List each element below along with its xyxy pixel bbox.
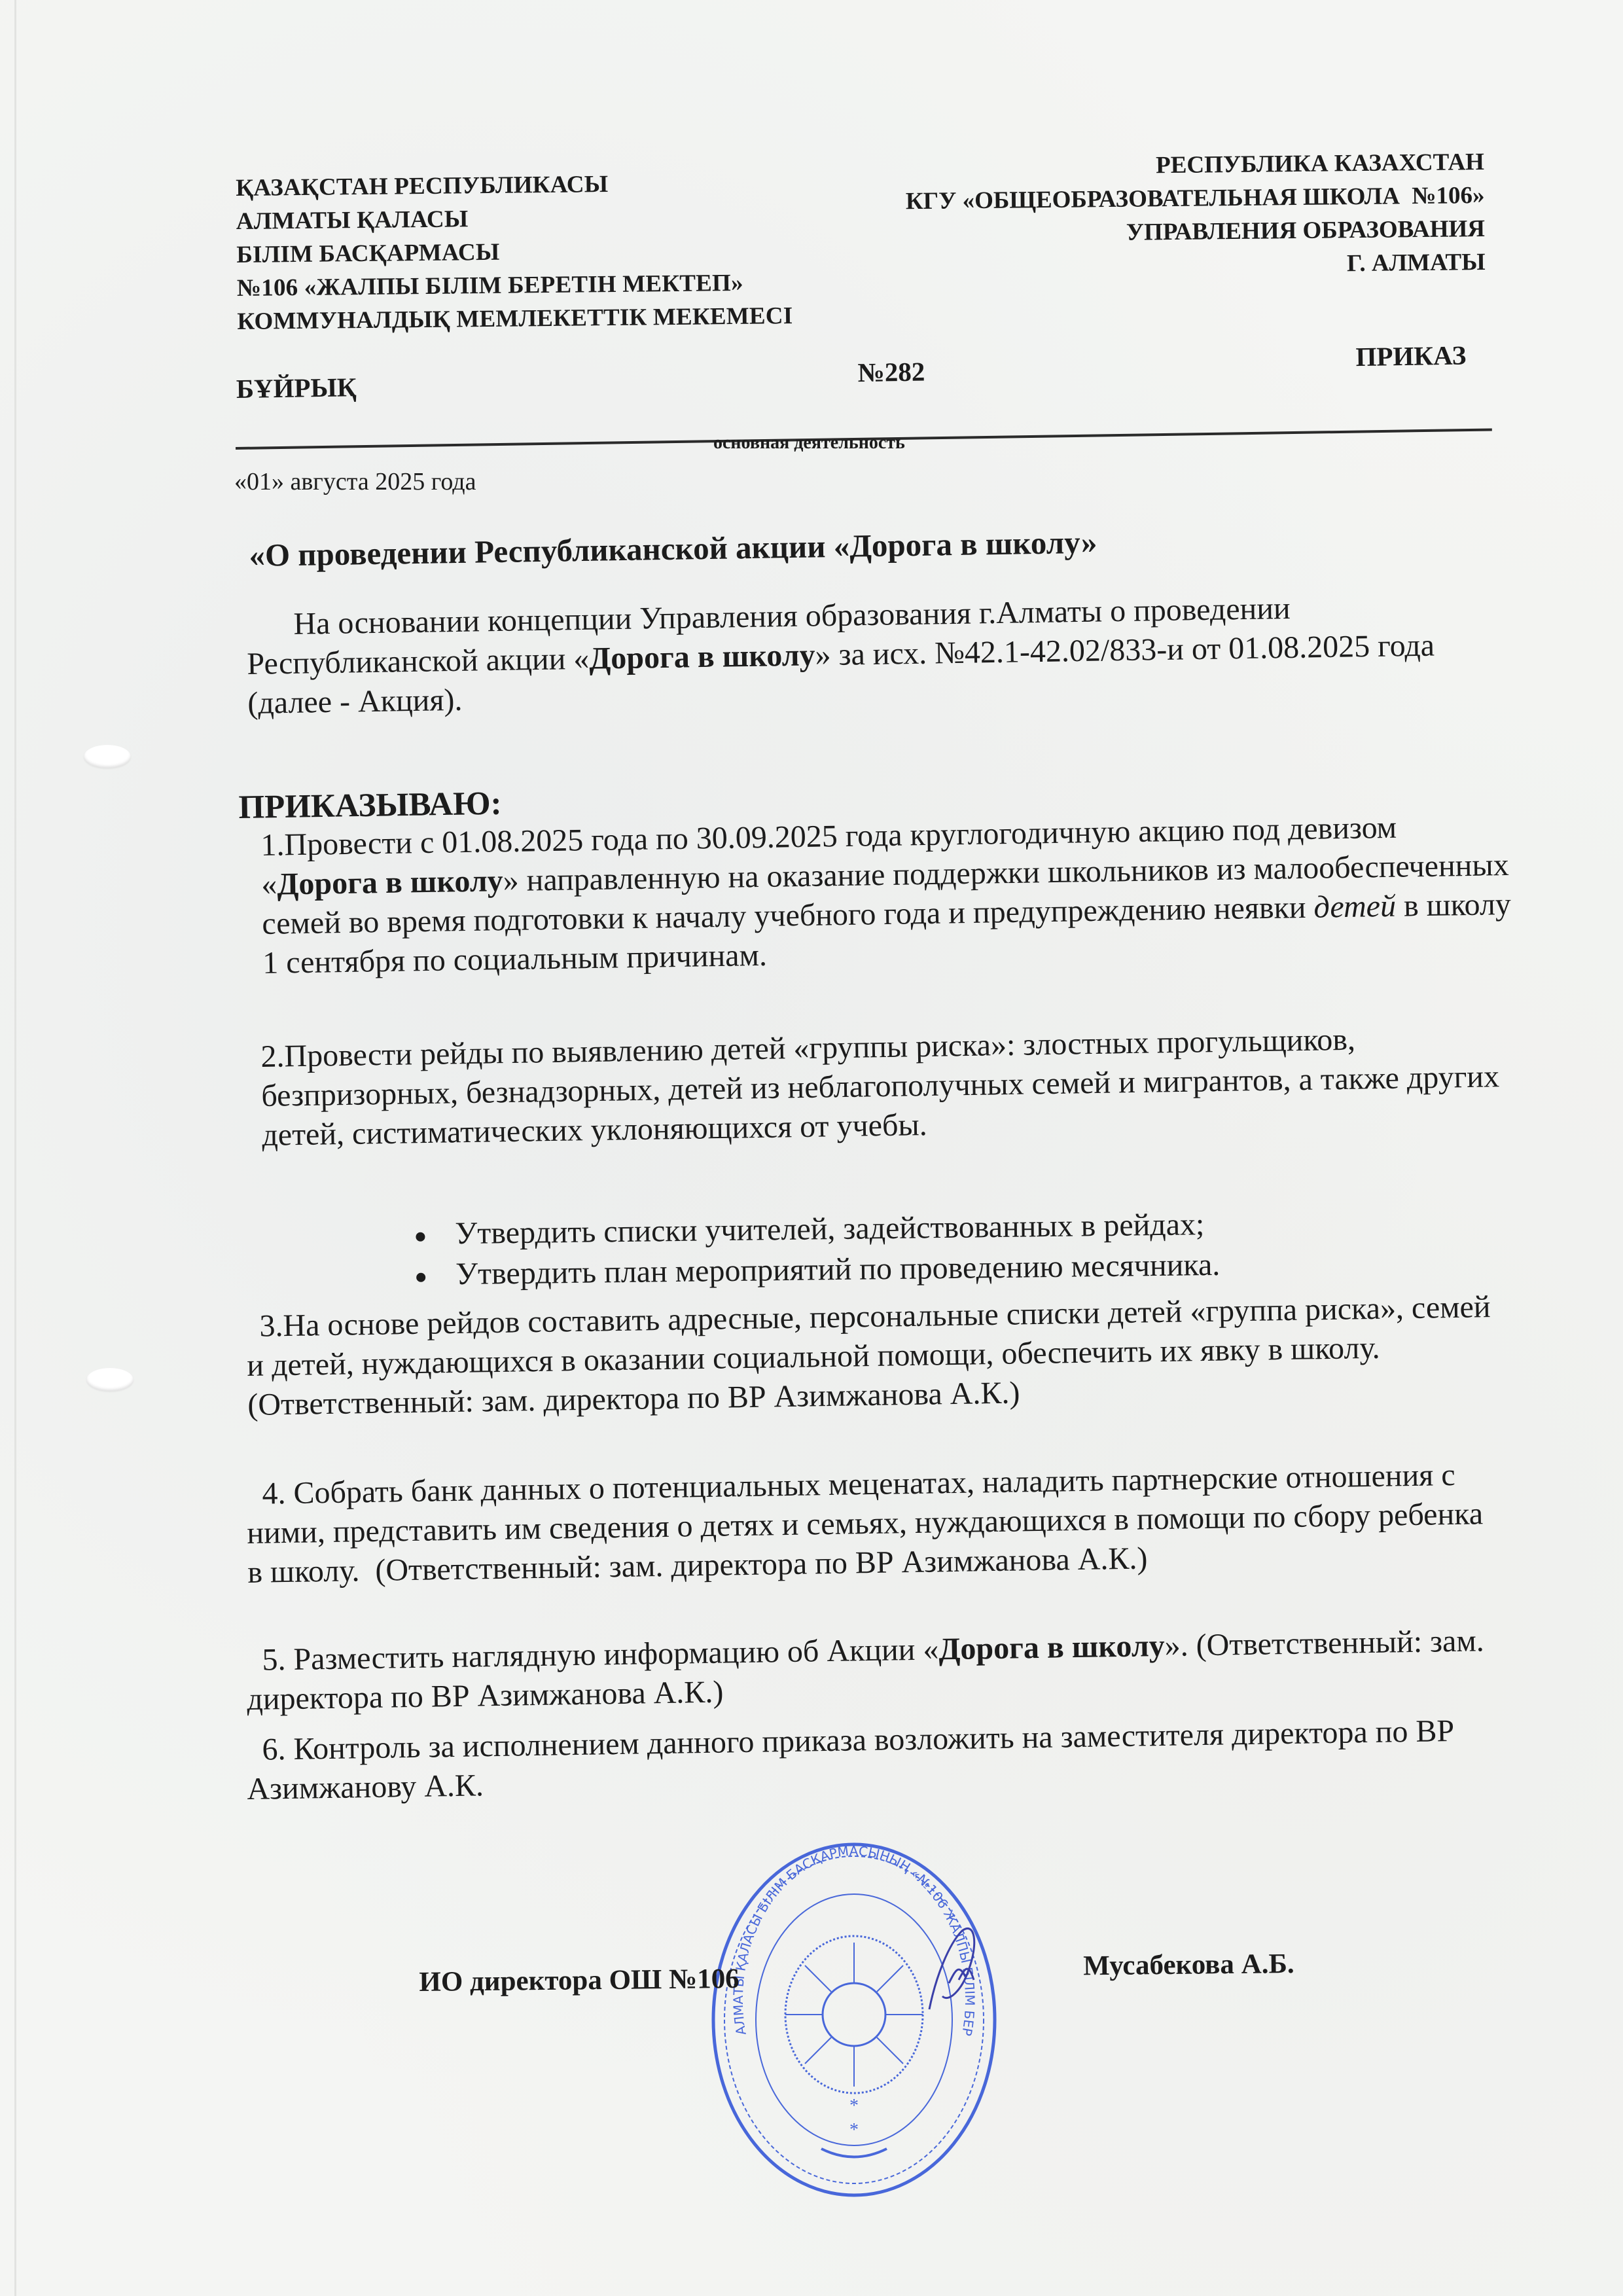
order-label-kz: БҰЙРЫҚ: [236, 371, 356, 404]
header-ru-line: РЕСПУБЛИКА КАЗАХСТАН: [905, 145, 1484, 185]
punch-hole: [84, 745, 131, 768]
signature-block: ИО директора ОШ №106 Мусабекова А.Б.: [419, 1946, 1401, 2009]
header-kz-line: №106 «ЖАЛПЫ БІЛІМ БЕРЕТІН МЕКТЕП»: [237, 266, 793, 305]
official-stamp-icon: * * АЛМАТЫ ҚАЛАСЫ БІЛІМ БАСҚАРМАСЫНЫҢ «№…: [707, 1838, 1001, 2201]
campaign-name: Дорога в школу: [938, 1628, 1165, 1666]
campaign-name: Дорога в школу: [589, 637, 815, 675]
order-item-6: 6. Контроль за исполнением данного прика…: [246, 1711, 1504, 1809]
punch-hole: [86, 1368, 134, 1391]
order-item-2: 2.Провести рейды по выявлению детей «гру…: [260, 1018, 1519, 1155]
header-kz-line: КОММУНАЛДЫҚ МЕМЛЕКЕТТІК МЕКЕМЕСІ: [237, 299, 793, 338]
header-ru-line: УПРАВЛЕНИЯ ОБРАЗОВАНИЯ: [906, 212, 1485, 251]
document-page: ҚАЗАҚСТАН РЕСПУБЛИКАСЫ АЛМАТЫ ҚАЛАСЫ БІЛ…: [0, 0, 1623, 2296]
header-kz-line: БІЛІМ БАСҚАРМАСЫ: [236, 232, 792, 272]
page-edge: [14, 0, 16, 2296]
item-text: 5. Разместить наглядную информацию об Ак…: [246, 1632, 939, 1677]
order-heading-row: БҰЙРЫҚ №282 ПРИКАЗ: [236, 334, 1493, 406]
header-russian: РЕСПУБЛИКА КАЗАХСТАН КГУ «ОБЩЕОБРАЗОВАТЕ…: [905, 145, 1486, 285]
order-number: №282: [857, 355, 925, 388]
order-item-3: 3.На основе рейдов составить адресные, п…: [246, 1287, 1505, 1425]
campaign-name: Дорога в школу: [277, 863, 503, 901]
activity-type: основная деятельность: [713, 433, 905, 454]
order-item-4: 4. Собрать банк данных о потенциальных м…: [246, 1455, 1505, 1592]
header-ru-line: КГУ «ОБЩЕОБРАЗОВАТЕЛЬНАЯ ШКОЛА №106»: [906, 179, 1485, 218]
header-kazakh: ҚАЗАҚСТАН РЕСПУБЛИКАСЫ АЛМАТЫ ҚАЛАСЫ БІЛ…: [236, 166, 793, 338]
order-label-ru: ПРИКАЗ: [1355, 339, 1467, 372]
signatory-name: Мусабекова А.Б.: [1083, 1948, 1294, 1982]
header-kz-line: АЛМАТЫ ҚАЛАСЫ: [236, 199, 792, 238]
signatory-title: ИО директора ОШ №106: [419, 1963, 740, 1998]
order-item-5: 5. Разместить наглядную информацию об Ак…: [246, 1621, 1504, 1719]
svg-text:*: *: [849, 2120, 859, 2140]
intro-paragraph: На основании концепции Управления образо…: [246, 586, 1505, 723]
document-title: «О проведении Республиканской акции «Дор…: [249, 524, 1097, 574]
order-item-1: 1.Провести с 01.08.2025 года по 30.09.20…: [260, 806, 1520, 983]
header-ru-line: Г. АЛМАТЫ: [906, 245, 1486, 285]
header-kz-line: ҚАЗАҚСТАН РЕСПУБЛИКАСЫ: [236, 166, 791, 205]
decree-label: ПРИКАЗЫВАЮ:: [238, 785, 502, 827]
svg-text:*: *: [849, 2096, 859, 2116]
order-date: «01» августа 2025 года: [234, 467, 476, 496]
item-text-italic: детей: [1313, 889, 1396, 925]
bullet-list: Утвердить списки учителей, задействованн…: [409, 1204, 1221, 1295]
